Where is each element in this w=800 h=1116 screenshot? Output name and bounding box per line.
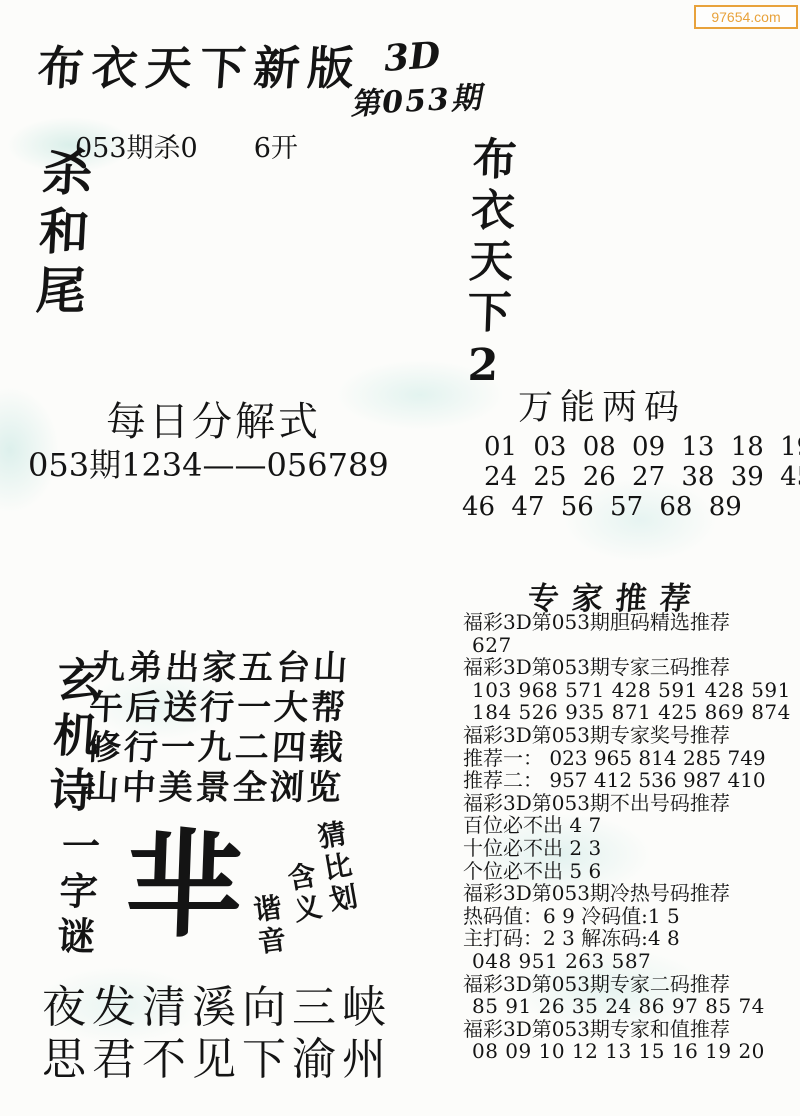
expert-values: 百位必不出 4 7 bbox=[463, 814, 798, 837]
kill-info-right: 6开 bbox=[254, 133, 298, 164]
two-codes-grid: 01 03 08 09 13 18 19? 24 25 26 27 38 39 … bbox=[462, 432, 782, 522]
mystery-poem-line: 修行一九二四载 bbox=[86, 728, 347, 768]
issue-number: 第053期 bbox=[349, 73, 484, 124]
kill-info-line: 053期杀06开 bbox=[75, 126, 298, 165]
bottom-poem-line: 夜发清溪向三峡 bbox=[42, 982, 392, 1034]
kill-sum-tail-vertical: 杀和尾 bbox=[19, 146, 100, 323]
expert-values: 103 968 571 428 591 428 591 bbox=[463, 679, 798, 702]
edition-label: 3D bbox=[383, 34, 442, 80]
page-title: 布衣天下新版 bbox=[36, 32, 365, 98]
expert-values: 184 526 935 871 425 869 874 bbox=[463, 701, 798, 724]
expert-values: 主打码：2 3 解冻码:4 8 bbox=[463, 927, 798, 950]
expert-values: 627 bbox=[463, 634, 798, 657]
riddle-character: 芈 bbox=[124, 828, 244, 944]
expert-values: 08 09 10 12 13 15 16 19 20 bbox=[463, 1040, 798, 1063]
mystery-poem-line: 九弟出家五台山 bbox=[90, 648, 351, 688]
bottom-poem-line: 思君不见下渝州 bbox=[42, 1034, 392, 1086]
expert-values: 推荐二： 957 412 536 987 410 bbox=[463, 769, 798, 792]
watermark-text: 97654.com bbox=[711, 9, 780, 25]
expert-heading: 福彩3D第053期专家二码推荐 bbox=[463, 973, 798, 996]
daily-breakdown-formula: 053期1234——056789 bbox=[28, 440, 389, 486]
expert-heading: 福彩3D第053期专家奖号推荐 bbox=[463, 724, 798, 747]
expert-values: 十位必不出 2 3 bbox=[463, 837, 798, 860]
expert-section: 福彩3D第053期胆码精选推荐 627 福彩3D第053期专家三码推荐 103 … bbox=[463, 611, 798, 1063]
expert-heading: 福彩3D第053期专家三码推荐 bbox=[463, 656, 798, 679]
expert-heading: 福彩3D第053期专家和值推荐 bbox=[463, 1018, 798, 1041]
mystery-poem: 九弟出家五台山 午后送行一大帮 修行一九二四载 山中美景全浏览 bbox=[84, 648, 351, 808]
brand-vertical: 布衣天下2 bbox=[449, 136, 522, 398]
mystery-poem-line: 山中美景全浏览 bbox=[84, 768, 345, 808]
bottom-poem: 夜发清溪向三峡 思君不见下渝州 bbox=[42, 982, 392, 1086]
two-codes-row: 46 47 56 57 68 89 bbox=[462, 492, 782, 522]
two-codes-row: 01 03 08 09 13 18 19? bbox=[462, 432, 782, 462]
expert-heading: 福彩3D第053期冷热号码推荐 bbox=[463, 882, 798, 905]
two-codes-row: 24 25 26 27 38 39 45? bbox=[462, 462, 782, 492]
two-codes-title: 万能两码 bbox=[518, 380, 686, 430]
expert-values: 个位必不出 5 6 bbox=[463, 860, 798, 883]
watermark-badge: 97654.com bbox=[694, 5, 798, 29]
expert-values: 85 91 26 35 24 86 97 85 74 bbox=[463, 995, 798, 1018]
expert-heading: 福彩3D第053期胆码精选推荐 bbox=[463, 611, 798, 634]
riddle-label: 一字谜 bbox=[44, 826, 106, 961]
expert-heading: 福彩3D第053期不出号码推荐 bbox=[463, 792, 798, 815]
expert-values: 推荐一： 023 965 814 285 749 bbox=[463, 747, 798, 770]
mystery-poem-line: 午后送行一大帮 bbox=[88, 688, 349, 728]
expert-values: 热码值：6 9 冷码值:1 5 bbox=[463, 905, 798, 928]
daily-breakdown-title: 每日分解式 bbox=[106, 390, 321, 447]
expert-values: 048 951 263 587 bbox=[463, 950, 798, 973]
